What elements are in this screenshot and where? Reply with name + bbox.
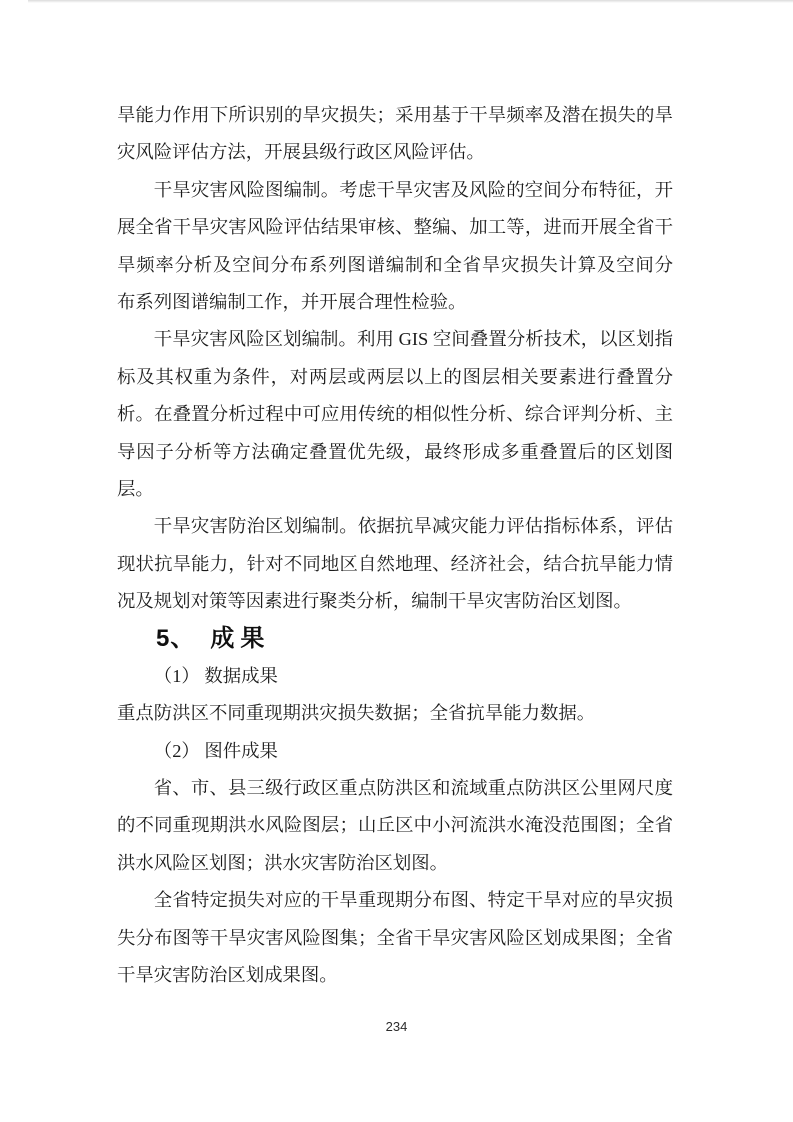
document-text: 旱能力作用下所识别的旱灾损失；采用基于干旱频率及潜在损失的旱灾风险评估方法，开展… (117, 97, 673, 994)
document-page: 旱能力作用下所识别的旱灾损失；采用基于干旱频率及潜在损失的旱灾风险评估方法，开展… (0, 0, 793, 1122)
body-line: 旱频率分析及空间分布系列图谱编制和全省旱灾损失计算及空间分 (117, 247, 673, 284)
body-line: 导因子分析等方法确定叠置优先级，最终形成多重叠置后的区划图 (117, 434, 673, 471)
body-line: 灾风险评估方法，开展县级行政区风险评估。 (117, 134, 673, 171)
body-line: 干旱灾害防治区划编制。依据抗旱减灾能力评估指标体系，评估 (117, 508, 673, 545)
page-number: 234 (0, 1019, 793, 1034)
body-line: 层。 (117, 471, 673, 508)
section-heading-title: 成果 (210, 625, 270, 652)
body-line: 失分布图等干旱灾害风险图集；全省干旱灾害风险区划成果图；全省 (117, 920, 673, 957)
body-line: 的不同重现期洪水风险图层；山丘区中小河流洪水淹没范围图；全省 (117, 807, 673, 844)
body-line: 省、市、县三级行政区重点防洪区和流域重点防洪区公里网尺度 (117, 770, 673, 807)
body-line: 况及规划对策等因素进行聚类分析，编制干旱灾害防治区划图。 (117, 583, 673, 620)
body-line: 标及其权重为条件，对两层或两层以上的图层相关要素进行叠置分 (117, 359, 673, 396)
body-line: （1） 数据成果 (117, 658, 673, 695)
page-top-edge-shadow (28, 0, 793, 3)
section-heading-number: 5、 (156, 625, 195, 652)
body-line: 展全省干旱灾害风险评估结果审核、整编、加工等，进而开展全省干 (117, 209, 673, 246)
body-line: 析。在叠置分析过程中可应用传统的相似性分析、综合评判分析、主 (117, 396, 673, 433)
body-line: 重点防洪区不同重现期洪灾损失数据；全省抗旱能力数据。 (117, 695, 673, 732)
section-heading: 5、成果 (117, 620, 673, 657)
body-line: 洪水风险区划图；洪水灾害防治区划图。 (117, 845, 673, 882)
body-line: 布系列图谱编制工作，并开展合理性检验。 (117, 284, 673, 321)
body-line: 旱能力作用下所识别的旱灾损失；采用基于干旱频率及潜在损失的旱 (117, 97, 673, 134)
body-line: 干旱灾害风险区划编制。利用 GIS 空间叠置分析技术，以区划指 (117, 321, 673, 358)
body-line: 现状抗旱能力，针对不同地区自然地理、经济社会，结合抗旱能力情 (117, 546, 673, 583)
body-line: 干旱灾害防治区划成果图。 (117, 957, 673, 994)
body-line: 全省特定损失对应的干旱重现期分布图、特定干旱对应的旱灾损 (117, 882, 673, 919)
body-line: （2） 图件成果 (117, 733, 673, 770)
body-line: 干旱灾害风险图编制。考虑干旱灾害及风险的空间分布特征，开 (117, 172, 673, 209)
